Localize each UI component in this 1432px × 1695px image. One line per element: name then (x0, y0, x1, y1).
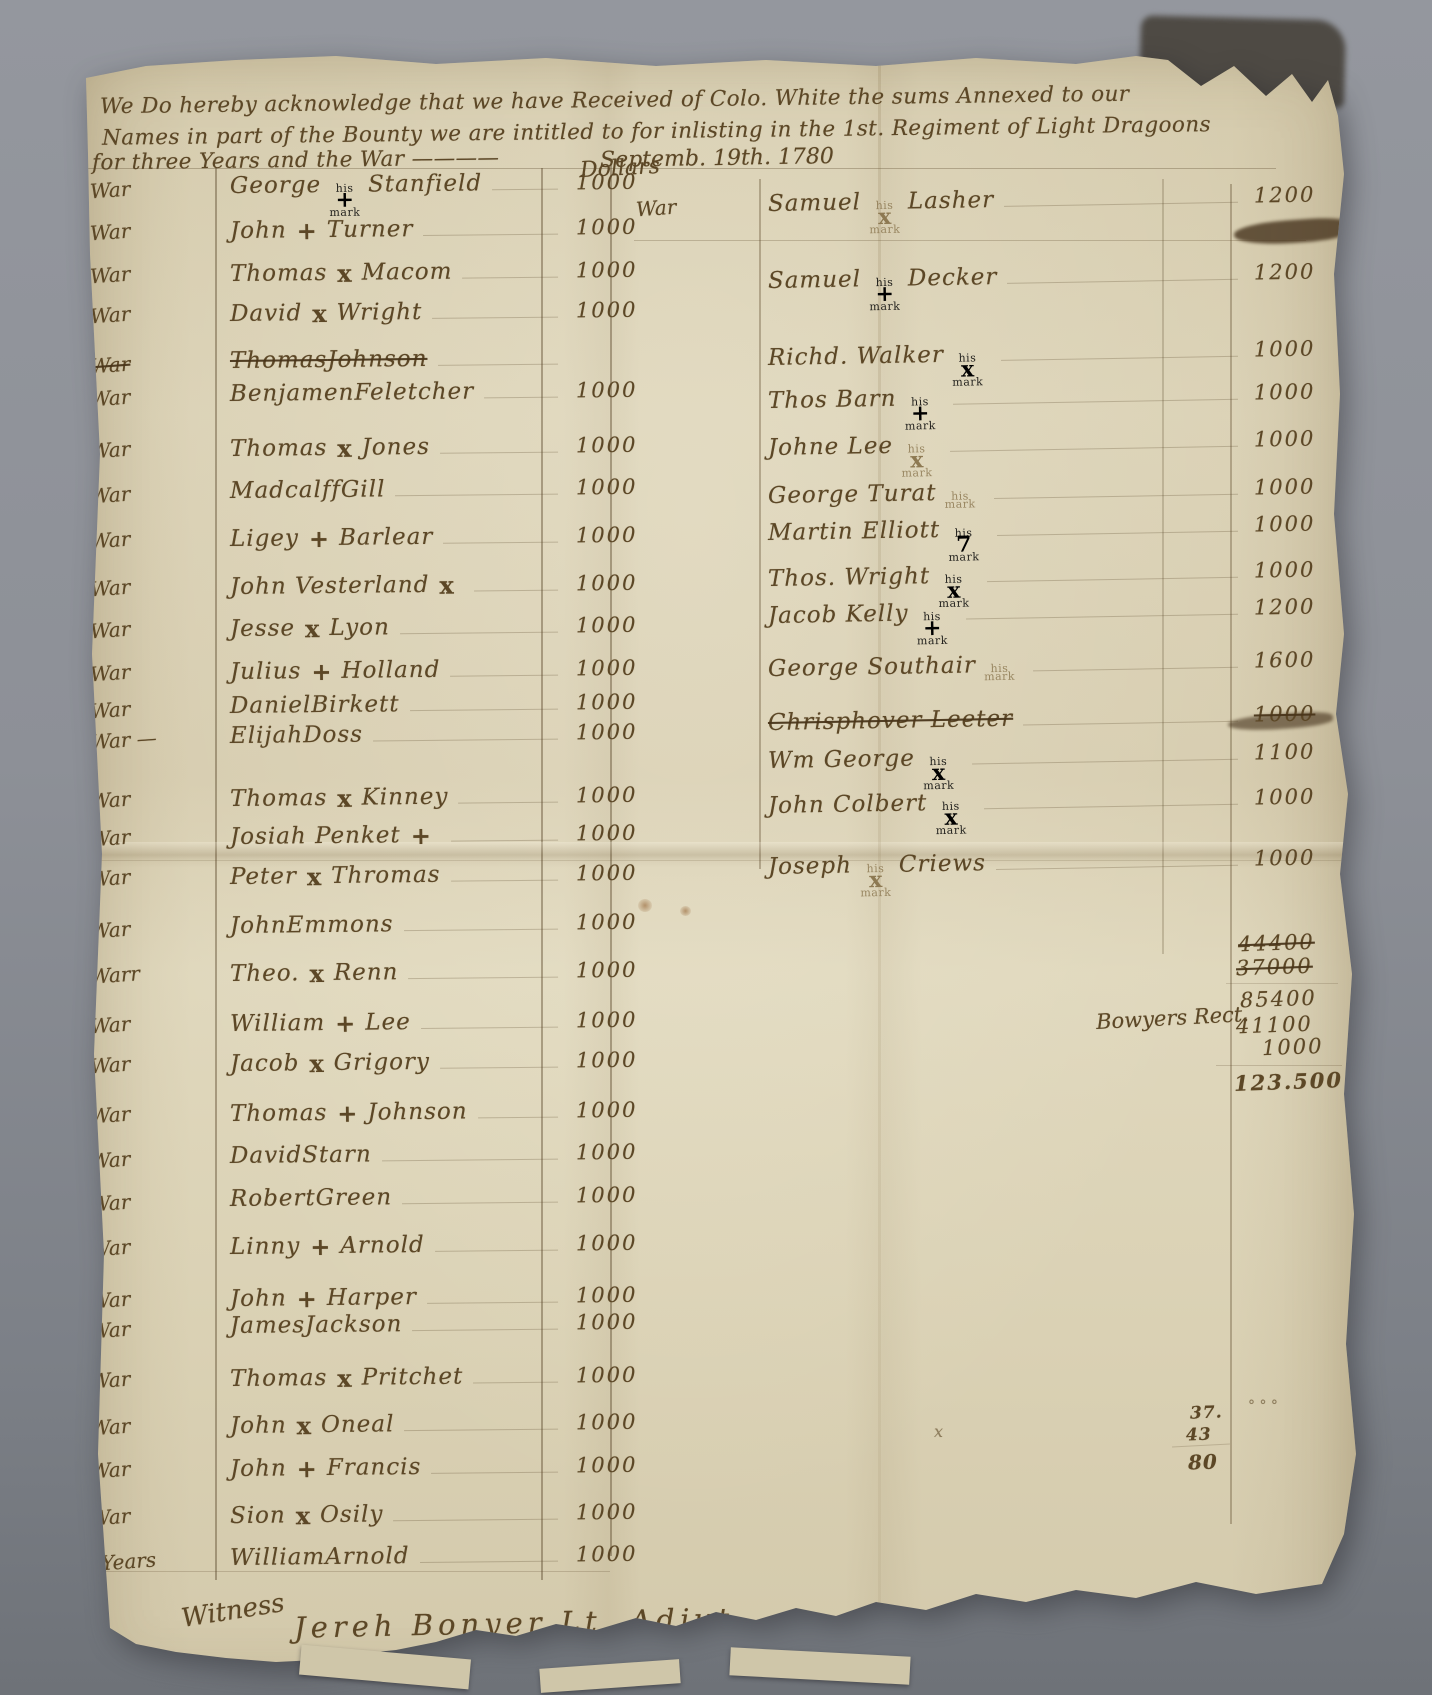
dash-leader (966, 614, 1238, 620)
arithmetic-b: 43 (1186, 1425, 1212, 1446)
soldier-name: Samuel (768, 189, 862, 217)
row-prefix: War (89, 1052, 131, 1079)
soldier-surname: Decker (908, 264, 998, 292)
amount-value: 1000 (568, 1047, 700, 1072)
dash-leader (420, 1561, 558, 1563)
soldier-name: Thomas (230, 1100, 328, 1127)
soldier-surname: Stanfield (368, 170, 482, 197)
dash-leader (492, 189, 558, 191)
amount-value: 1000 (568, 655, 700, 680)
amount-value: 1000 (568, 1499, 700, 1524)
row-prefix: War (89, 1287, 131, 1314)
amount-value: 1000 (568, 214, 700, 239)
table-row: Theo.xRenn1000 (230, 953, 700, 990)
row-prefix: War (89, 1317, 131, 1344)
amount-value: 1000 (568, 1097, 700, 1122)
soldier-name: Jacob (230, 1050, 300, 1077)
dash-leader (474, 590, 558, 592)
table-row: DavidStarn1000 (230, 1138, 700, 1175)
soldier-name: Thomas (230, 785, 328, 812)
soldier-name: William (230, 1010, 325, 1037)
row-prefix: War (89, 1414, 131, 1441)
row-prefix: War (89, 825, 131, 852)
table-row: ElijahDoss1000 (230, 718, 700, 755)
totals-rule-2 (1216, 1065, 1342, 1066)
table-row: JohnEmmons1000 (230, 908, 700, 945)
table-row: WilliamArnold1000 (230, 1540, 700, 1577)
soldier-surname: Green (316, 1184, 393, 1211)
soldier-surname: Lyon (329, 614, 390, 641)
dash-leader (463, 277, 559, 279)
table-row: JohnxOneal1000 (230, 1405, 700, 1442)
dash-leader (994, 494, 1238, 499)
table-row: JamesJackson1000 (230, 1308, 700, 1345)
soldier-surname: Kinney (361, 784, 448, 811)
row-prefix: War (89, 1190, 131, 1217)
soldier-name: Benjamen (230, 380, 355, 407)
dash-leader (972, 759, 1238, 765)
amount-value: 1200 (1248, 259, 1360, 285)
soldier-surname: Grigory (334, 1049, 431, 1076)
soldier-surname: Starn (302, 1142, 372, 1169)
totals-rule-1 (1226, 983, 1338, 984)
smudged-ink (1233, 216, 1352, 247)
dash-leader (996, 865, 1238, 870)
row-prefix: War (89, 437, 131, 464)
table-row: JessexLyon1000 (230, 608, 700, 645)
soldier-surname: Thromas (331, 862, 441, 889)
amount-value: 1000 (1248, 845, 1360, 871)
soldier-name: Linny (230, 1233, 301, 1260)
table-row: Chrisphover Leeter1000 (768, 700, 1360, 742)
his-mark-annotation: hisxmark (901, 445, 932, 477)
table-row: Georgehis+markStanfield1000 (230, 168, 700, 205)
amount-value: 1000 (568, 1409, 700, 1434)
mark-icon: x (312, 299, 327, 328)
dash-leader (451, 880, 558, 882)
dash-leader (1023, 721, 1238, 726)
soldier-surname: Turner (327, 216, 414, 243)
subtotal-value: 85400 (1240, 986, 1318, 1013)
dash-leader (404, 929, 558, 932)
amount-value: 1000 (568, 957, 700, 982)
photo-stage: We Do hereby acknowledge that we have Re… (0, 0, 1432, 1695)
table-row: John Vesterlandx1000 (230, 566, 700, 603)
amount-value: 1200 (1248, 182, 1360, 208)
his-mark-annotation: his7mark (948, 529, 979, 561)
amount-value: 1000 (568, 782, 700, 807)
mark-icon: x (337, 1364, 352, 1393)
row-prefix: War (89, 1012, 131, 1039)
row-prefix: War (89, 385, 131, 412)
table-row: George Southairhismark1600 (768, 646, 1360, 688)
table-row: John Colberthisxmark1000 (768, 783, 1360, 825)
table-row: Julius+Holland1000 (230, 651, 700, 688)
bowyers-receipt-label: Bowyers Rect. (1095, 1002, 1249, 1034)
soldier-name: Madcalff (230, 477, 341, 504)
dash-leader (440, 452, 558, 454)
arithmetic-a: 37. (1190, 1402, 1223, 1423)
amount-value: 1000 (568, 257, 700, 282)
dash-leader (421, 1027, 558, 1029)
row-prefix: War (89, 219, 131, 246)
mark-icon: + (297, 1454, 317, 1483)
mark-icon: + (337, 1099, 357, 1128)
row-prefix: War (89, 1102, 131, 1129)
soldier-surname: Holland (341, 657, 440, 684)
dash-leader (402, 1202, 558, 1205)
soldier-name: John (230, 1412, 287, 1439)
his-mark-annotation: his+mark (904, 398, 935, 430)
amount-value: 1000 (568, 522, 700, 547)
row-prefix: War (89, 177, 131, 204)
soldier-surname: Harper (327, 1284, 417, 1311)
table-row: DavidxWright1000 (230, 293, 700, 330)
soldier-name: William (230, 1544, 325, 1571)
his-mark-annotation: hisxmark (860, 865, 891, 897)
soldier-surname: Birkett (311, 691, 400, 718)
dash-leader (440, 1067, 558, 1069)
column-rule-left-prefix (215, 168, 217, 1580)
row-prefix: War (89, 1504, 131, 1531)
soldier-name: Jesse (230, 615, 295, 642)
soldier-name: Thomas (230, 435, 328, 462)
dash-leader (950, 446, 1238, 452)
table-row: Jacob Kellyhis+mark1200 (768, 593, 1360, 635)
torn-paper-fragment (729, 1647, 910, 1684)
dash-leader (478, 1117, 558, 1119)
soldier-name: George Southair (768, 652, 976, 682)
soldier-name: John (230, 217, 287, 244)
his-mark-annotation: his+mark (917, 613, 948, 645)
dash-leader (953, 399, 1238, 405)
arithmetic-sum: 80 (1188, 1449, 1219, 1474)
ink-specks: ° ° ° (1248, 1398, 1278, 1414)
table-row: Linny+Arnold1000 (230, 1226, 700, 1263)
soldier-name: Richd. Walker (768, 342, 944, 371)
dash-leader (435, 1250, 558, 1252)
table-row: Thomas+Johnson1000 (230, 1093, 700, 1130)
dash-leader (458, 802, 558, 804)
soldier-name: Martin Elliott (768, 517, 941, 546)
document-paper: We Do hereby acknowledge that we have Re… (76, 54, 1358, 1694)
amount-value: 1000 (568, 612, 700, 637)
soldier-name: Thos Barn (768, 386, 897, 414)
amount-value: 1000 (1248, 557, 1360, 583)
dash-leader (408, 977, 558, 980)
table-row: Richd. Walkerhisxmark1000 (768, 335, 1360, 377)
amount-value: 1000 (1248, 426, 1360, 452)
total-struck-b: 37000 (1236, 954, 1314, 981)
mark-icon: x (297, 1411, 312, 1440)
dash-leader (1004, 202, 1238, 207)
soldier-surname: Macom (361, 259, 452, 286)
dash-leader (987, 577, 1238, 582)
soldier-name: Wm George (768, 745, 915, 774)
grand-total-value: 123.500 (1234, 1067, 1344, 1096)
amount-value: 1000 (568, 1230, 700, 1255)
row-prefix: War (89, 1367, 131, 1394)
soldier-name: Johne Lee (768, 433, 894, 461)
mark-icon: x (337, 434, 352, 463)
dash-leader (373, 739, 558, 742)
soldier-surname: Lasher (908, 187, 995, 215)
table-row: RobertGreen1000 (230, 1181, 700, 1218)
table-row: ThomasxPritchet1000 (230, 1358, 700, 1395)
witness-label: Witness (179, 1588, 286, 1634)
soldier-surname: Francis (327, 1454, 422, 1481)
soldier-surname: Feletcher (354, 378, 474, 405)
amount-value: 1000 (568, 820, 700, 845)
amount-value: 1000 (568, 474, 700, 499)
amount-value: 1600 (1248, 647, 1360, 673)
amount-value: 1000 (568, 1309, 700, 1334)
mark-icon: + (309, 524, 329, 553)
dash-leader (394, 1519, 559, 1522)
mark-icon: x (337, 784, 352, 813)
soldier-surname: Emmons (287, 911, 394, 938)
table-row: SionxOsily1000 (230, 1495, 700, 1532)
row-prefix: War (89, 697, 131, 724)
row-prefix: War (635, 195, 677, 222)
row-prefix: War (89, 917, 131, 944)
amount-value: 1000 (568, 1541, 700, 1566)
amount-value: 1000 (568, 1452, 700, 1477)
soldier-name: Chrisphover Leeter (768, 706, 1014, 736)
soldier-name: John (230, 1455, 287, 1482)
table-row: Samuelhis+markDecker1200 (768, 258, 1360, 300)
dash-leader (400, 632, 558, 635)
soldier-name: Robert (230, 1185, 316, 1212)
table-row: Wm Georgehisxmark1100 (768, 738, 1360, 780)
amount-value: 1000 (568, 1282, 700, 1307)
soldier-name: Sion (230, 1502, 286, 1529)
dash-leader (404, 1429, 558, 1432)
his-mark-annotation: hisxmark (935, 803, 966, 835)
amount-value: 1000 (568, 1007, 700, 1032)
table-row: Ligey+Barlear1000 (230, 518, 700, 555)
soldier-name: Joseph (768, 853, 852, 880)
his-mark-annotation: hismark (944, 492, 975, 508)
his-mark-annotation: hisxmark (869, 202, 900, 234)
soldier-surname: Barlear (339, 524, 434, 551)
mark-icon: x (439, 571, 454, 600)
soldier-name: Thomas (230, 1365, 328, 1392)
row-prefix: War (89, 302, 131, 329)
table-row: ThomasJohnson (230, 343, 700, 380)
soldier-name: George Turat (768, 480, 937, 509)
dash-leader (438, 364, 559, 366)
torn-paper-fragment (539, 1659, 680, 1693)
stray-cross-mark: x (934, 1422, 943, 1441)
row-prefix: War (89, 352, 131, 379)
mark-icon: x (305, 614, 320, 643)
row-prefix: War (89, 527, 131, 554)
table-row: ThomasxKinney1000 (230, 778, 700, 815)
row-prefix: War (89, 617, 131, 644)
soldier-surname: Oneal (321, 1411, 395, 1438)
row-prefix: War (89, 1147, 131, 1174)
total-struck-a: 44400 (1238, 930, 1316, 957)
amount-value: 1000 (568, 297, 700, 322)
mark-icon: + (411, 821, 431, 850)
dash-leader (382, 1159, 558, 1162)
row-prefix: War (89, 865, 131, 892)
amount-value: 1000 (1248, 336, 1360, 362)
table-row: ThomasxMacom1000 (230, 253, 700, 290)
row-prefix: War (89, 660, 131, 687)
soldier-name: Peter (230, 863, 297, 890)
soldier-surname: Doss (303, 722, 363, 749)
table-row: SamuelhisxmarkLasher1200 (768, 181, 1360, 223)
soldier-name: Thomas (230, 347, 328, 374)
row-prefix: War — (89, 726, 157, 755)
table-row: PeterxThromas1000 (230, 856, 700, 893)
soldier-name: Jacob Kelly (768, 601, 909, 629)
dash-leader (423, 234, 558, 236)
soldier-surname: Jackson (305, 1311, 402, 1338)
header-line-2: Names in part of the Bounty we are intit… (102, 112, 1211, 151)
row-prefix: War (89, 575, 131, 602)
arithmetic-rule (1172, 1443, 1230, 1447)
mark-icon: x (307, 862, 322, 891)
his-mark-annotation: hismark (984, 665, 1015, 681)
soldier-name: George (230, 172, 321, 199)
amount-value-empty (568, 363, 700, 364)
amount-value: 1000 (1248, 379, 1360, 405)
torn-paper-fragment (299, 1645, 471, 1690)
amount-value: 1000 (568, 1139, 700, 1164)
amount-value: 1000 (568, 860, 700, 885)
soldier-name: Julius (230, 658, 302, 685)
soldier-name: David (230, 300, 303, 327)
amount-value: 1000 (568, 719, 700, 744)
dash-leader (1033, 667, 1238, 672)
soldier-name: Daniel (230, 692, 312, 719)
mark-icon: + (335, 1009, 355, 1038)
dash-leader (427, 1302, 558, 1304)
soldier-name: John Colbert (768, 790, 928, 819)
soldier-name: Samuel (768, 266, 862, 294)
table-row: JacobxGrigory1000 (230, 1043, 700, 1080)
table-row: Martin Elliotthis7mark1000 (768, 510, 1360, 552)
amount-value: 1000 (568, 909, 700, 934)
row-prefix: War (89, 482, 131, 509)
soldier-name: David (230, 1142, 303, 1169)
dash-leader (412, 1329, 558, 1332)
table-row: Thos. Wrighthisxmark1000 (768, 556, 1360, 598)
amount-value: 1000 (1248, 511, 1360, 537)
mark-icon: + (297, 216, 317, 245)
soldier-name: Ligey (230, 525, 299, 552)
table-row: BenjamenFeletcher1000 (230, 376, 700, 413)
dash-leader (395, 494, 558, 497)
dash-leader (484, 397, 558, 399)
amount-value: 1100 (1248, 739, 1360, 765)
table-row: John+Francis1000 (230, 1448, 700, 1485)
amount-value: 1000 (568, 570, 700, 595)
soldier-surname: Criews (899, 850, 987, 878)
soldier-surname: Renn (334, 959, 399, 986)
column-rule-right-name (759, 179, 761, 869)
mark-icon: x (337, 259, 352, 288)
amount-value: 1000 (568, 432, 700, 457)
mark-icon: x (309, 1049, 324, 1078)
amount-value: 1000 (1248, 784, 1360, 810)
amount-value: 1200 (1248, 594, 1360, 620)
soldier-surname: Arnold (340, 1232, 425, 1259)
dash-leader (451, 840, 558, 842)
dash-leader (450, 675, 558, 677)
soldier-surname: Johnson (327, 346, 427, 373)
row-prefix: War (89, 1235, 131, 1262)
table-row: William+Lee1000 (230, 1003, 700, 1040)
amount-value: 1000 (568, 377, 700, 402)
dash-leader (984, 804, 1238, 809)
dash-leader (432, 317, 558, 319)
soldier-name: John (230, 912, 287, 939)
amount-value: 1000 (1248, 701, 1360, 727)
soldier-name: John Vesterland (230, 572, 430, 600)
row-prefix: War (89, 262, 131, 289)
soldier-name: Theo. (230, 960, 300, 987)
amount-value: 1000 (568, 689, 700, 714)
table-row: George Turathismark1000 (768, 473, 1360, 515)
table-row: John+Turner1000 (230, 210, 700, 247)
soldier-name: Thos. Wright (768, 563, 931, 592)
right-row1-rule (634, 240, 1306, 241)
his-mark-annotation: his+mark (869, 279, 900, 311)
header-line-1: We Do hereby acknowledge that we have Re… (100, 82, 1130, 120)
his-mark-annotation: hisxmark (952, 354, 983, 386)
mark-icon: + (311, 657, 331, 686)
soldier-name: Elijah (230, 722, 303, 749)
table-row: Thos Barnhis+mark1000 (768, 378, 1360, 420)
table-row: ThomasxJones1000 (230, 428, 700, 465)
row-prefix: Warr (89, 961, 140, 988)
dash-leader (997, 531, 1238, 536)
soldier-name: John (230, 1285, 287, 1312)
mark-icon: x (309, 959, 324, 988)
amount-value: 1000 (568, 169, 700, 194)
dash-leader (1007, 279, 1238, 284)
soldier-name: Thomas (230, 260, 328, 287)
table-row: Johne Leehisxmark1000 (768, 425, 1360, 467)
soldier-surname: Lee (365, 1009, 411, 1035)
dash-leader (431, 1472, 558, 1474)
his-mark-annotation: hisxmark (923, 758, 954, 790)
dash-leader (473, 1382, 558, 1384)
amount-value: 1000 (568, 1362, 700, 1387)
row-prefix: War (89, 787, 131, 814)
dash-leader (410, 709, 558, 712)
table-row: MadcalffGill1000 (230, 473, 700, 510)
mark-icon: + (310, 1232, 330, 1261)
mark-icon: + (297, 1284, 317, 1313)
soldier-surname: Johnson (367, 1099, 467, 1126)
his-mark-annotation: his+mark (329, 185, 360, 217)
witness-signature: Jereh Bonyer Lt. Adjut. (294, 1601, 749, 1645)
dash-leader (443, 542, 558, 544)
additional-value: 1000 (1262, 1034, 1324, 1060)
amount-value: 1000 (568, 1182, 700, 1207)
soldier-surname: Gill (341, 476, 386, 502)
soldier-surname: Wright (336, 299, 422, 326)
soldier-surname: Arnold (325, 1543, 410, 1570)
dash-leader (1001, 356, 1238, 361)
amount-value: 1000 (1248, 474, 1360, 500)
soldier-surname: Jones (361, 434, 430, 461)
